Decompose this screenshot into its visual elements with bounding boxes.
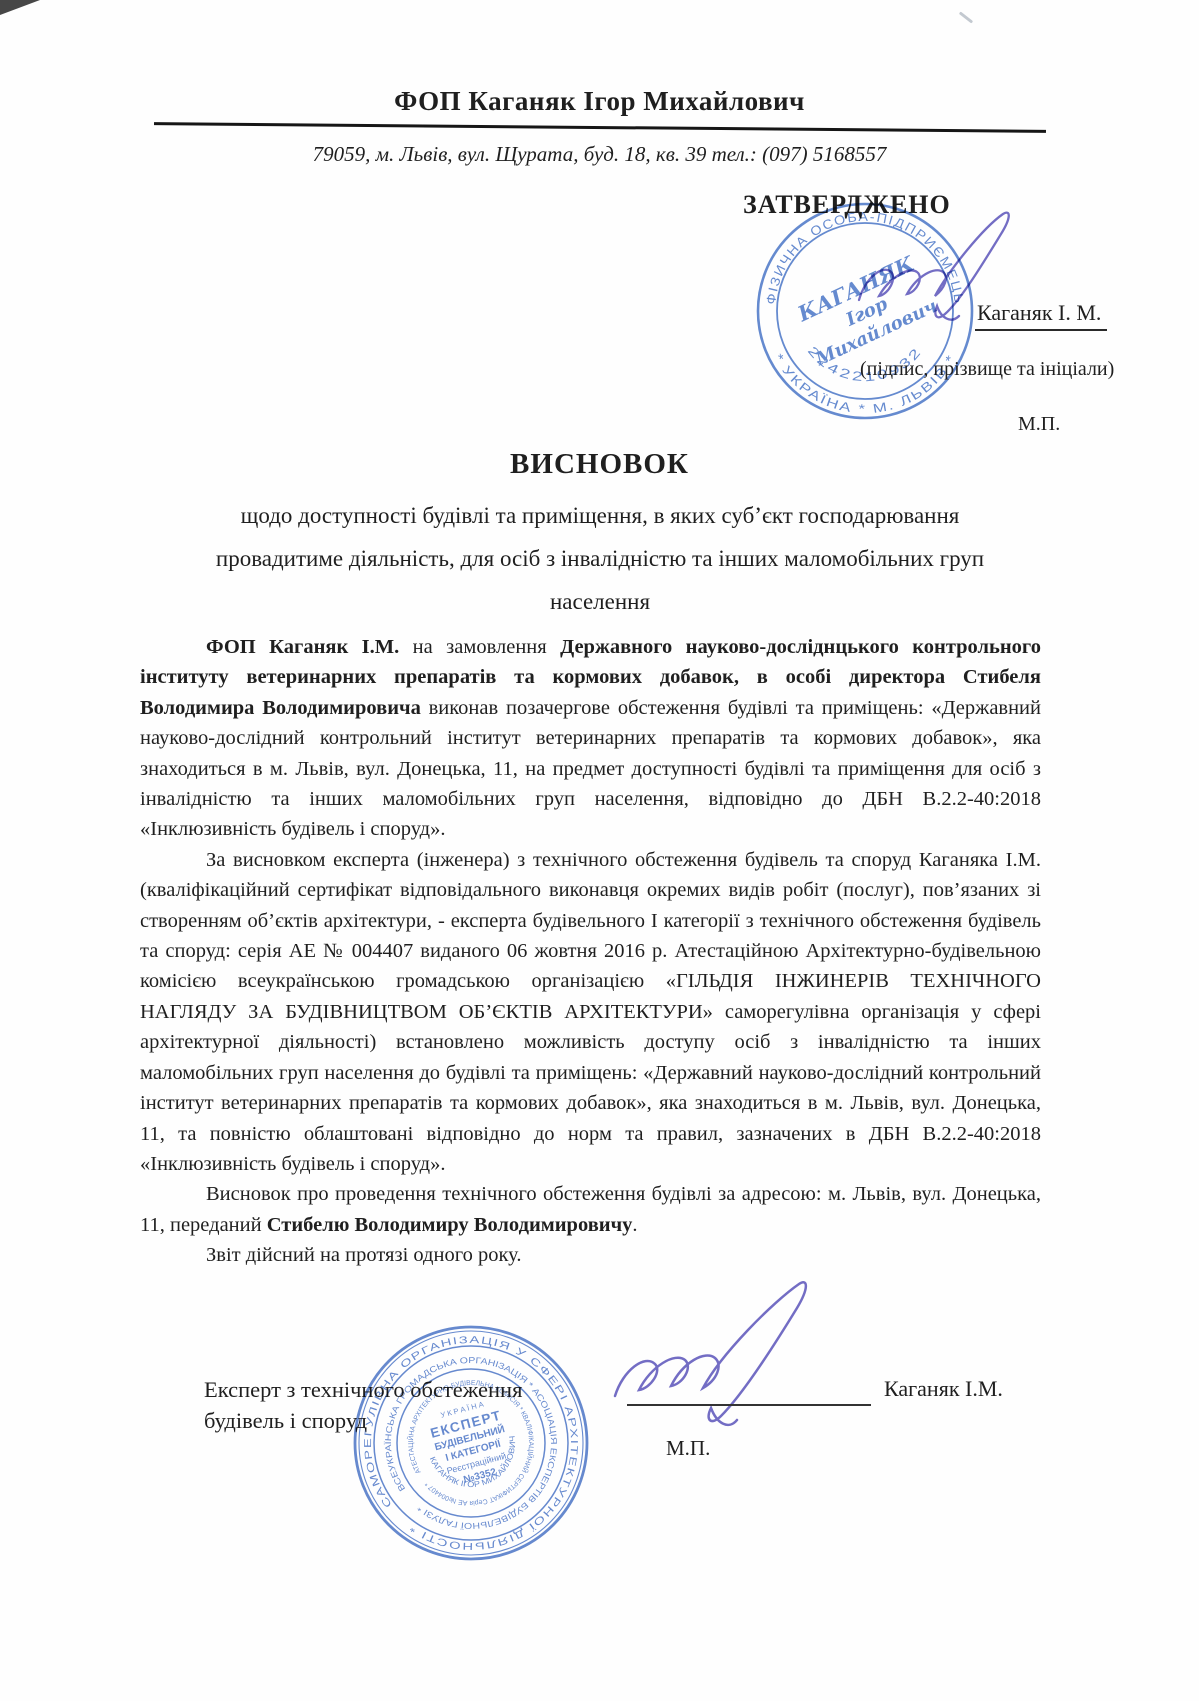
seal-place-mark-top: М.П. [1018, 413, 1060, 436]
document-page: ФОП Каганяк Ігор Михайлович 79059, м. Ль… [0, 0, 1199, 1701]
signature-line [627, 1404, 871, 1406]
subtitle-line: населення [150, 580, 1050, 623]
approval-signature-caption: (підпис, прізвище та ініціали) [860, 358, 1114, 381]
expert-signature-icon [595, 1278, 905, 1448]
text-run: Звіт дійсний на протязі одного року. [206, 1244, 521, 1266]
body-paragraph: Звіт дійсний на протязі одного року. [140, 1240, 1041, 1270]
text-run: на замовлення [399, 636, 560, 658]
scan-corner-artifact [0, 0, 40, 15]
body-paragraph: ФОП Каганяк І.М. на замовлення Державног… [140, 632, 1041, 845]
subtitle-line: провадитиме діяльність, для осіб з інвал… [150, 537, 1050, 580]
document-title: ВИСНОВОК [0, 448, 1199, 481]
document-subtitle: щодо доступності будівлі та приміщення, … [150, 494, 1050, 623]
text-run: За висновком експерта (інженера) з техні… [140, 849, 1041, 1175]
seal-place-mark-bottom: М.П. [666, 1436, 710, 1461]
body-paragraph: За висновком експерта (інженера) з техні… [140, 845, 1041, 1179]
text-run: . [632, 1214, 637, 1236]
approval-signer-name: Каганяк І. М. [975, 300, 1107, 331]
document-body: ФОП Каганяк І.М. на замовлення Державног… [140, 632, 1041, 1271]
body-paragraph: Висновок про проведення технічного обсте… [140, 1179, 1041, 1240]
subtitle-line: щодо доступності будівлі та приміщення, … [150, 494, 1050, 537]
text-run: Стибелю Володимиру Володимировичу [267, 1214, 633, 1236]
expert-round-stamp-icon: САМОРЕГУЛІВНА ОРГАНІЗАЦІЯ У СФЕРІ АРХІТЕ… [350, 1322, 592, 1564]
text-run: ФОП Каганяк І.М. [206, 636, 399, 658]
letterhead-rule [154, 122, 1046, 133]
scan-stray-mark [959, 11, 973, 23]
expert-signer-name: Каганяк І.М. [884, 1376, 1003, 1402]
letterhead-address: 79059, м. Львів, вул. Щурата, буд. 18, к… [0, 142, 1199, 167]
letterhead-company-name: ФОП Каганяк Ігор Михайлович [0, 86, 1199, 117]
